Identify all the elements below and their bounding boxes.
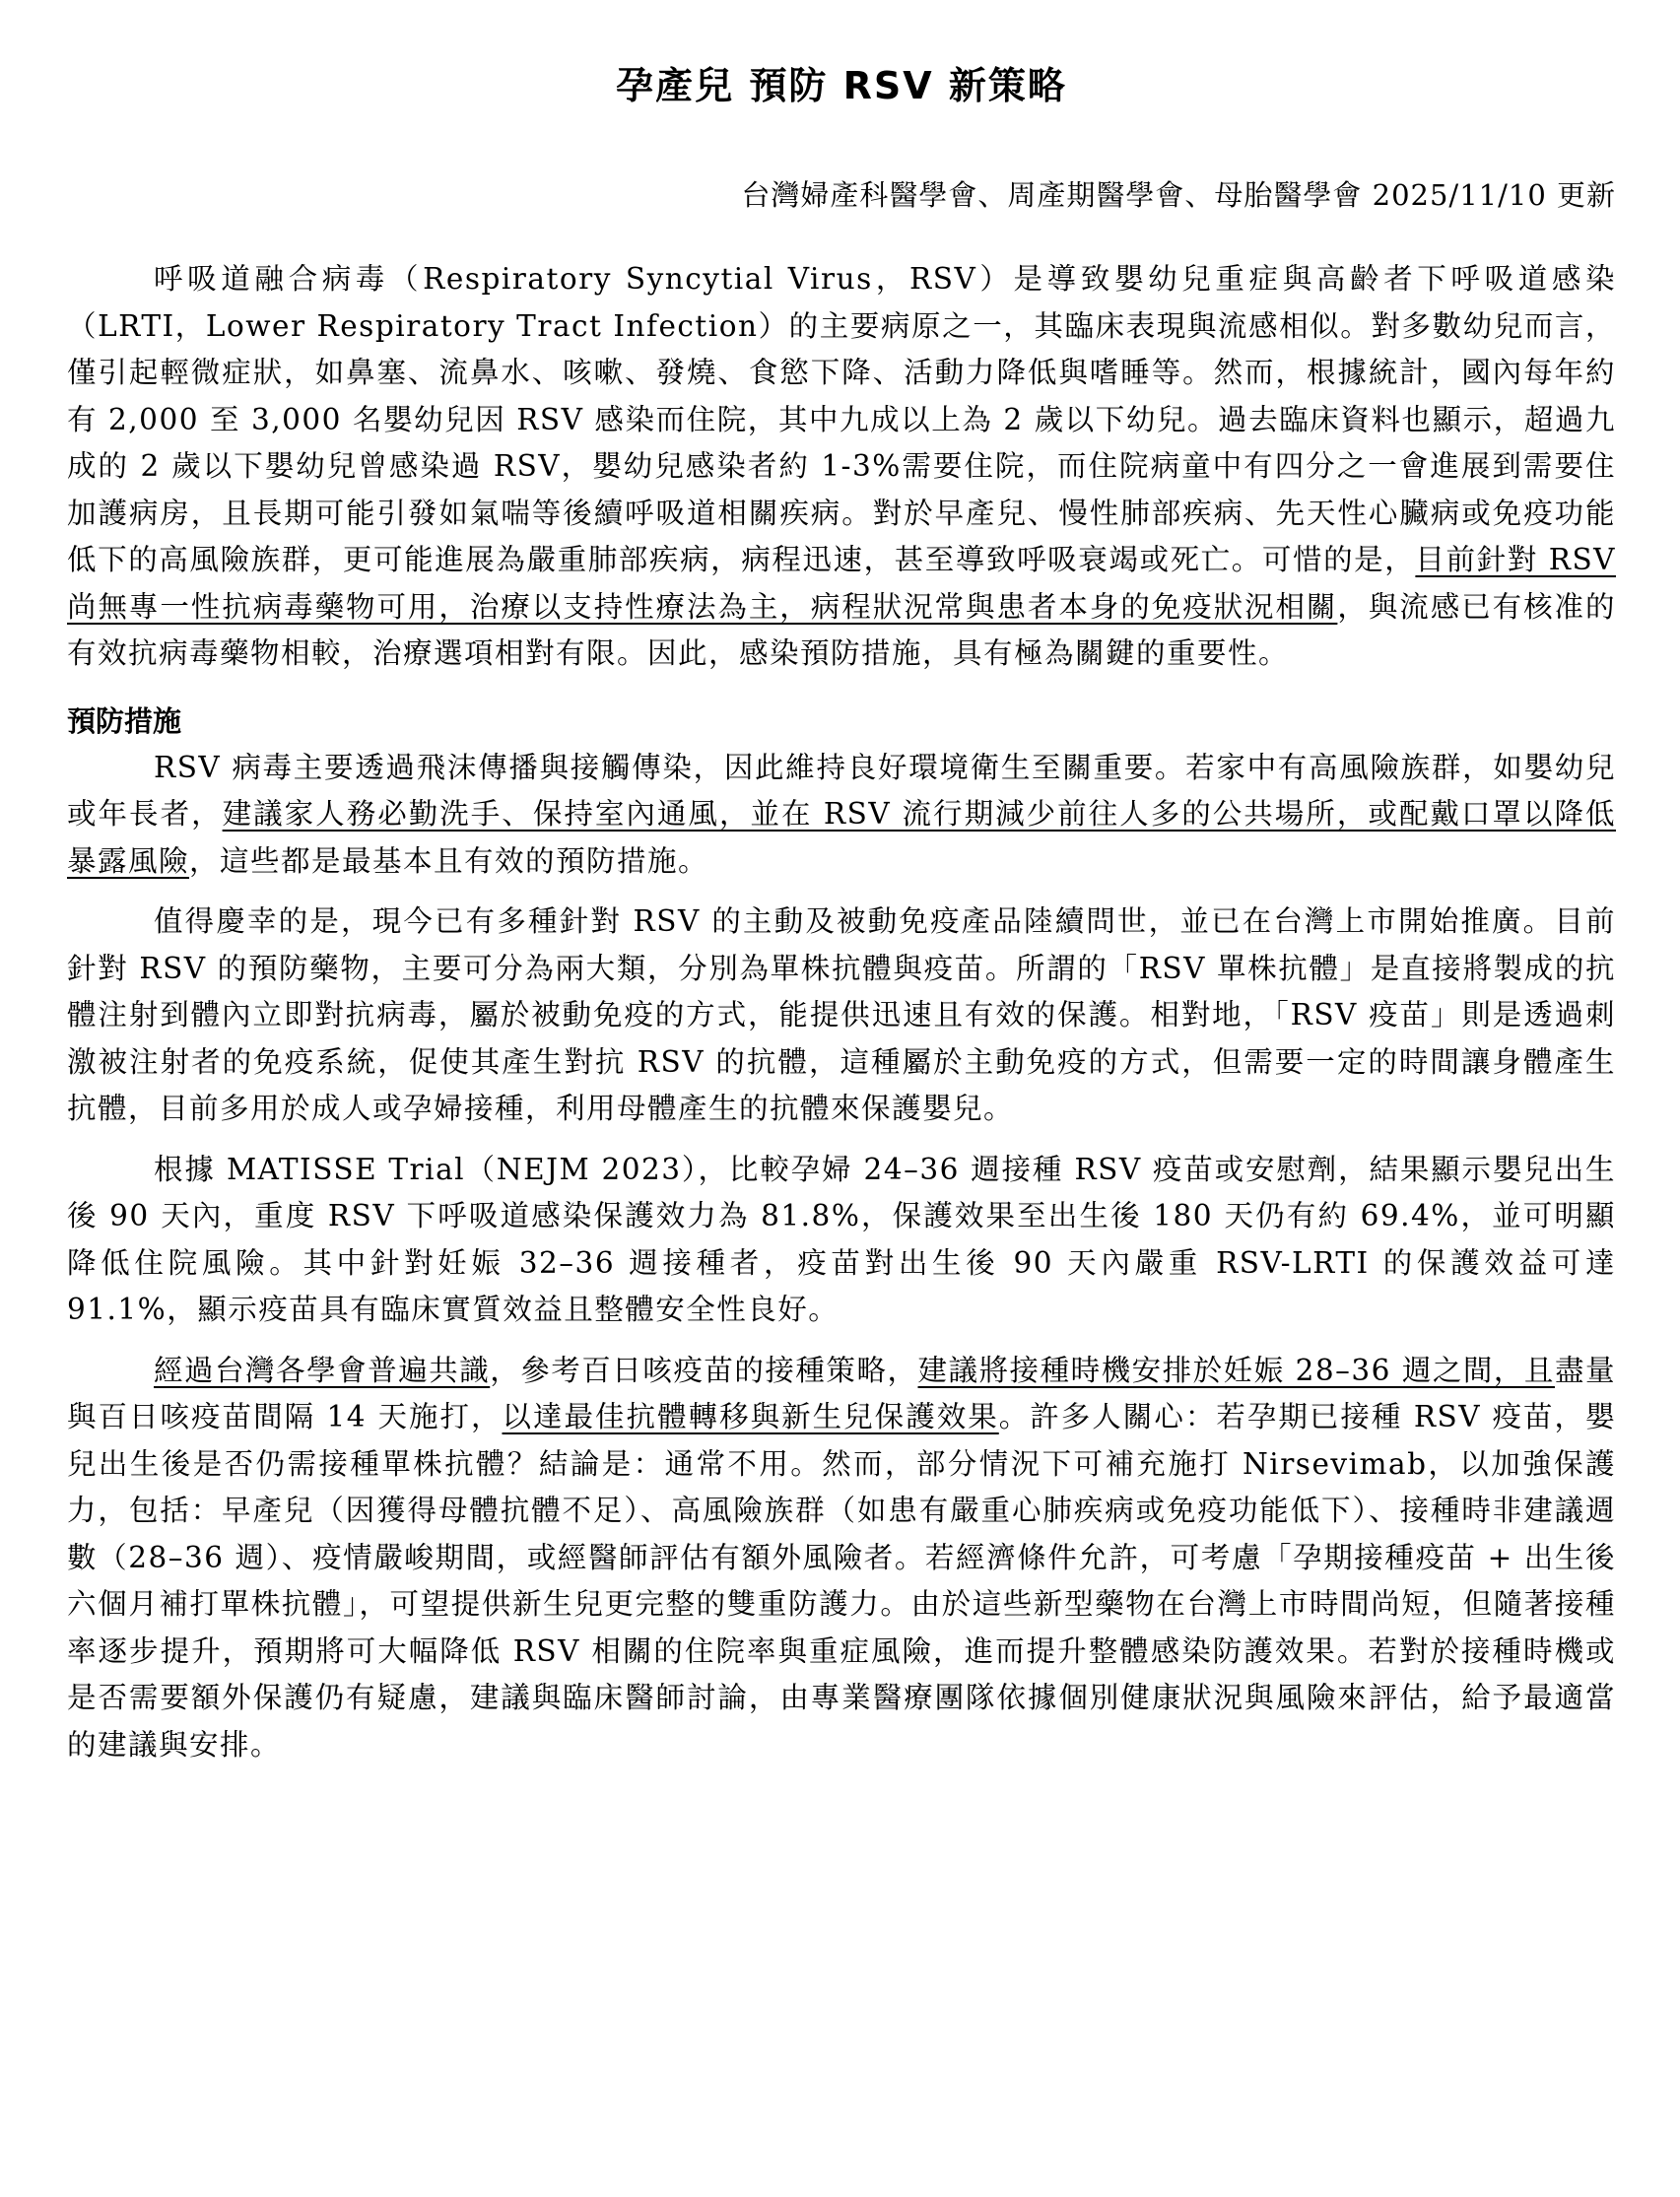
prevention-paragraph-hygiene: RSV 病毒主要透過飛沫傳播與接觸傳染，因此維持良好環境衛生至關重要。若家中有高…	[67, 745, 1616, 886]
text-segment: 呼吸道融合病毒（Respiratory Syncytial Virus，RSV）…	[67, 262, 1616, 576]
intro-paragraph: 呼吸道融合病毒（Respiratory Syncytial Virus，RSV）…	[67, 256, 1616, 678]
underlined-text-segment: 經過台灣各學會普遍共識	[154, 1354, 490, 1387]
prevention-paragraph-products: 值得慶幸的是，現今已有多種針對 RSV 的主動及被動免疫產品陸續問世，並已在台灣…	[67, 899, 1616, 1133]
text-segment: ，參考百日咳疫苗的接種策略，	[490, 1354, 917, 1387]
underlined-text-segment: 以達最佳抗體轉移與新生兒保護效果	[503, 1400, 999, 1433]
section-heading-prevention: 預防措施	[67, 699, 1616, 743]
underlined-text-segment: 建議將接種時機安排於妊娠 28–36 週之間，且	[918, 1354, 1555, 1387]
page-title: 孕產兒 預防 RSV 新策略	[67, 61, 1616, 110]
text-segment: ，這些都是最基本且有效的預防措施。	[189, 844, 708, 878]
text-segment: 值得慶幸的是，現今已有多種針對 RSV 的主動及被動免疫產品陸續問世，並已在台灣…	[67, 904, 1616, 1125]
prevention-paragraph-recommendation: 經過台灣各學會普遍共識，參考百日咳疫苗的接種策略，建議將接種時機安排於妊娠 28…	[67, 1348, 1616, 1769]
document-byline: 台灣婦產科醫學會、周產期醫學會、母胎醫學會 2025/11/10 更新	[741, 173, 1616, 217]
prevention-paragraph-matisse-trial: 根據 MATISSE Trial（NEJM 2023），比較孕婦 24–36 週…	[67, 1147, 1616, 1334]
document-body: 呼吸道融合病毒（Respiratory Syncytial Virus，RSV）…	[67, 256, 1616, 1768]
text-segment: 根據 MATISSE Trial（NEJM 2023），比較孕婦 24–36 週…	[67, 1153, 1616, 1327]
text-segment: 。許多人關心：若孕期已接種 RSV 疫苗，嬰兒出生後是否仍需接種單株抗體？結論是…	[67, 1400, 1616, 1762]
